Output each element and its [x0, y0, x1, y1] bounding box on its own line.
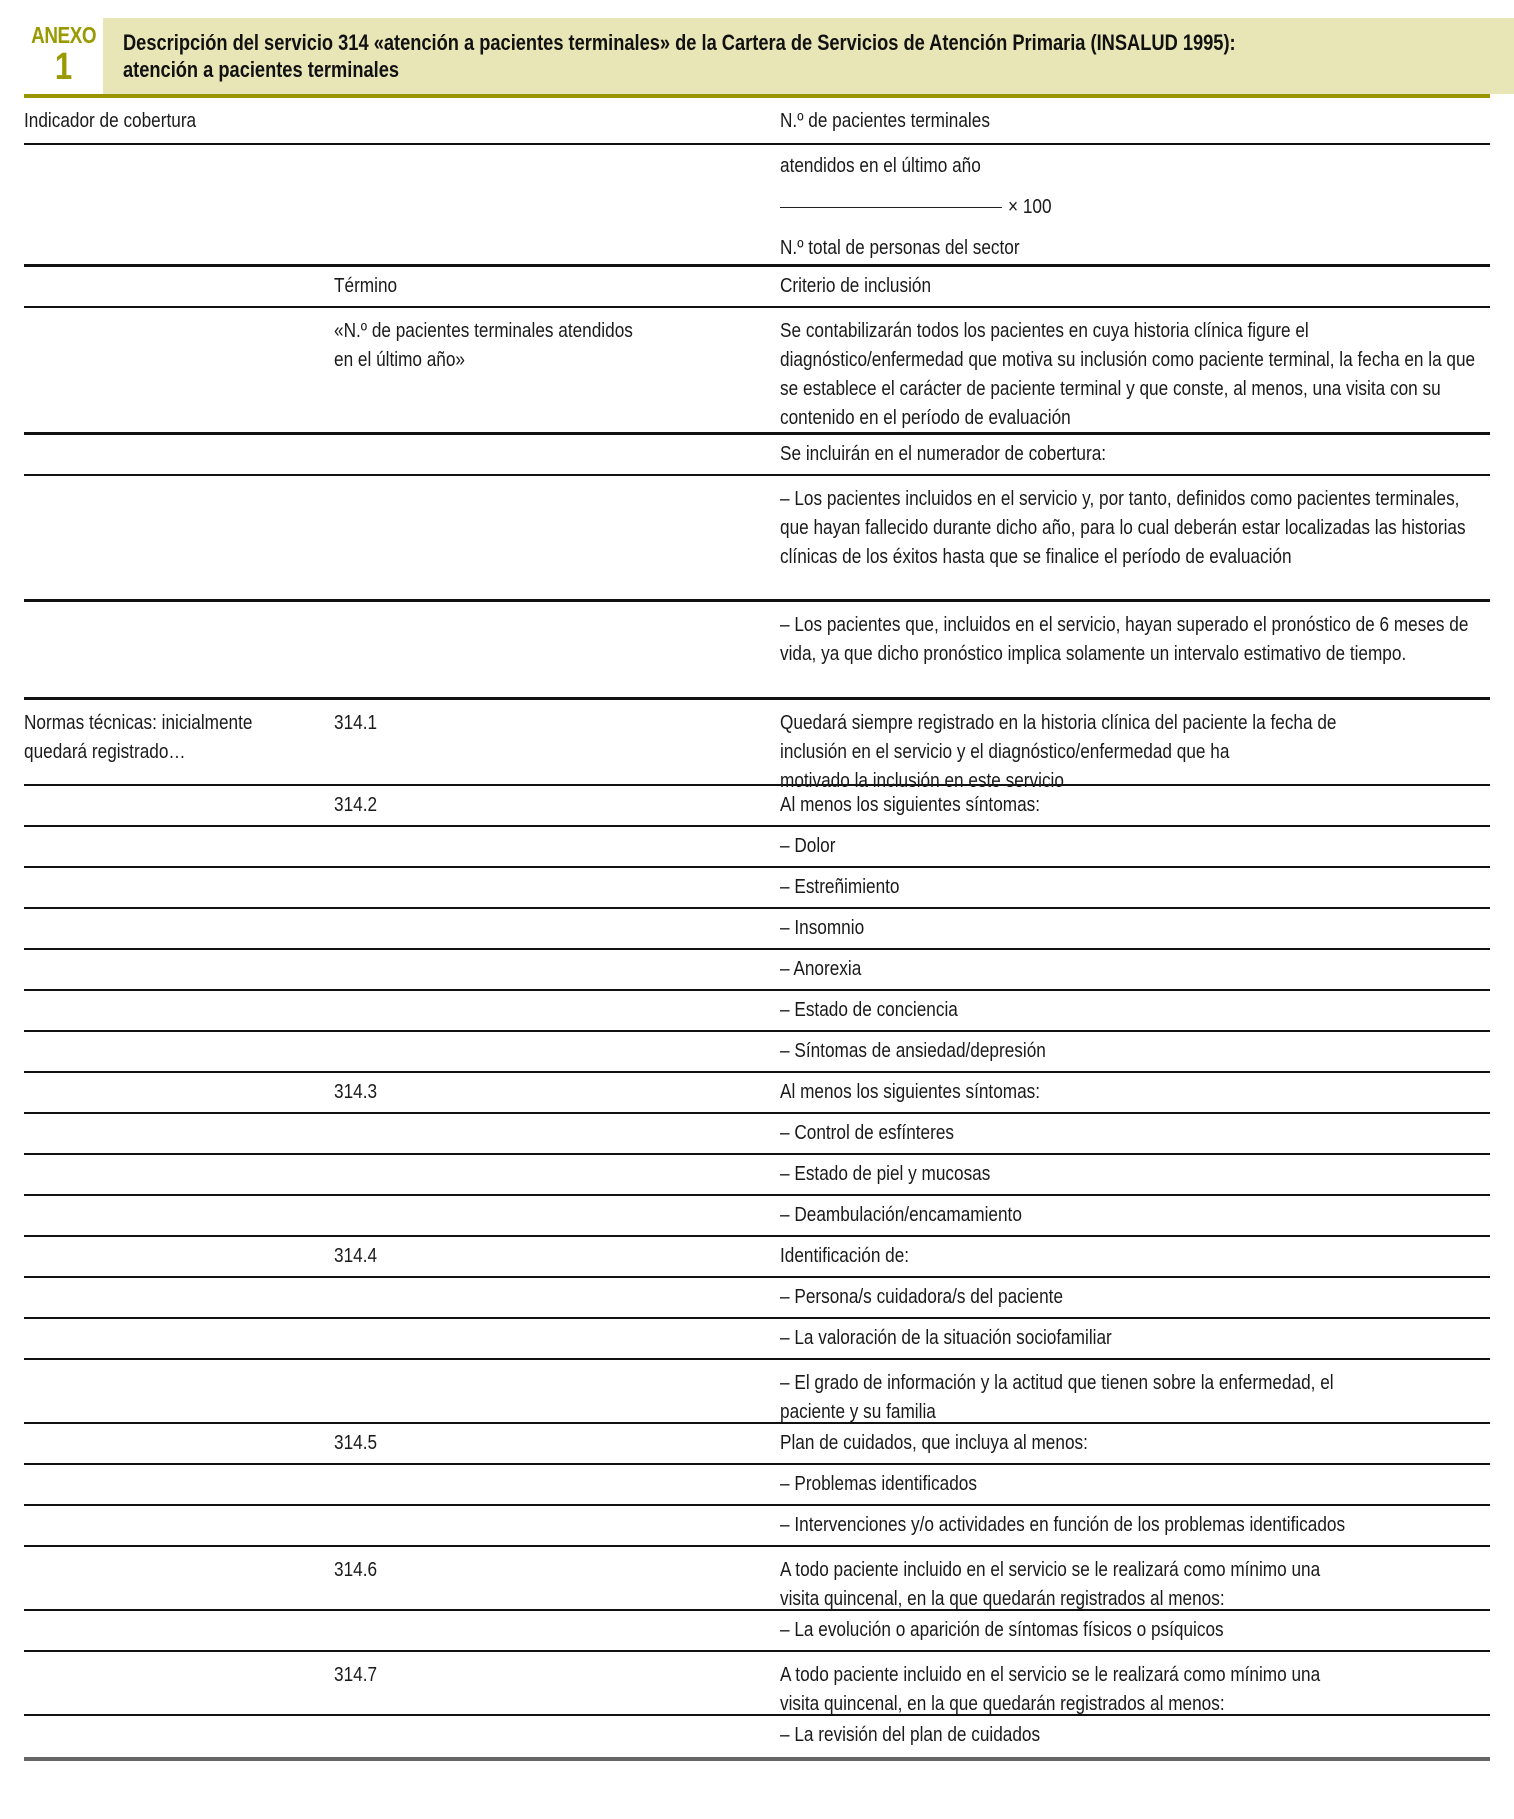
norm-item: – Deambulación/encamamiento — [780, 1201, 1488, 1230]
annex-word: ANEXO — [31, 22, 96, 48]
norm-item: – Estado de piel y mucosas — [780, 1160, 1488, 1189]
norm-row: – Insomnio — [24, 909, 1490, 950]
norm-row: – Intervenciones y/o actividades en func… — [24, 1506, 1490, 1547]
norm-item: – Insomnio — [780, 914, 1488, 943]
denominator: N.º total de personas del sector — [780, 228, 1488, 269]
norm-row: – El grado de información y la actitud q… — [24, 1360, 1490, 1424]
norm-row: 314.3Al menos los siguientes síntomas: — [24, 1073, 1490, 1114]
norm-code: 314.4 — [334, 1242, 779, 1271]
term-header: Término — [334, 272, 779, 301]
norm-row: 314.7A todo paciente incluido en el serv… — [24, 1652, 1490, 1716]
technical-norms: Normas técnicas: inicialmente quedará re… — [24, 700, 1490, 1757]
norm-text: Quedará siempre registrado en la histori… — [780, 709, 1488, 796]
norm-text: Plan de cuidados, que incluya al menos: — [780, 1429, 1488, 1458]
norm-item: – Intervenciones y/o actividades en func… — [780, 1511, 1488, 1540]
numerator-intro: Se incluirán en el numerador de cobertur… — [780, 440, 1488, 469]
term-row: «N.º de pacientes terminales atendidos e… — [24, 308, 1490, 435]
norm-row: – La valoración de la situación sociofam… — [24, 1319, 1490, 1360]
norm-row: – Deambulación/encamamiento — [24, 1196, 1490, 1237]
norm-code: 314.1 — [334, 709, 779, 738]
numerator-line-1: N.º de pacientes terminales — [780, 107, 1488, 136]
norm-row: – Problemas identificados — [24, 1465, 1490, 1506]
norm-row: 314.5Plan de cuidados, que incluya al me… — [24, 1424, 1490, 1465]
norm-item: – Dolor — [780, 832, 1488, 861]
fraction-line: × 100 — [780, 187, 1490, 228]
document-title: Descripción del servicio 314 «atención a… — [123, 29, 1476, 83]
norm-text: A todo paciente incluido en el servicio … — [780, 1556, 1488, 1614]
norm-item: – Síntomas de ansiedad/depresión — [780, 1037, 1488, 1066]
numerator-intro-row: Se incluirán en el numerador de cobertur… — [24, 435, 1490, 476]
criterion-header: Criterio de inclusión — [780, 272, 1488, 301]
norm-item: – Estreñimiento — [780, 873, 1488, 902]
annex-badge: ANEXO 1 — [24, 18, 103, 94]
table-bottom-rule — [24, 1757, 1490, 1761]
norm-item: – Anorexia — [780, 955, 1488, 984]
norm-text: Identificación de: — [780, 1242, 1488, 1271]
norm-code: 314.6 — [334, 1556, 779, 1585]
numerator-item: – Los pacientes que, incluidos en el ser… — [780, 611, 1488, 669]
norm-row: – Síntomas de ansiedad/depresión — [24, 1032, 1490, 1073]
norm-item: – La valoración de la situación sociofam… — [780, 1324, 1488, 1353]
norm-row: 314.4Identificación de: — [24, 1237, 1490, 1278]
norm-code: 314.7 — [334, 1661, 779, 1690]
norm-row: – Persona/s cuidadora/s del paciente — [24, 1278, 1490, 1319]
norm-row: – Control de esfínteres — [24, 1114, 1490, 1155]
term-header-row: Término Criterio de inclusión — [24, 267, 1490, 308]
numerator-item-row: – Los pacientes incluidos en el servicio… — [24, 476, 1490, 602]
norm-code: 314.3 — [334, 1078, 779, 1107]
indicator-formula: atendidos en el último año × 100 N.º tot… — [24, 145, 1490, 267]
norm-item: – Problemas identificados — [780, 1470, 1488, 1499]
numerator-item: – Los pacientes incluidos en el servicio… — [780, 485, 1488, 572]
criterion-text: Se contabilizarán todos los pacientes en… — [780, 317, 1488, 433]
norms-label: Normas técnicas: inicialmente quedará re… — [24, 709, 333, 767]
numerator-item-row: – Los pacientes que, incluidos en el ser… — [24, 602, 1490, 700]
norm-text: Al menos los siguientes síntomas: — [780, 1078, 1488, 1107]
title-box: Descripción del servicio 314 «atención a… — [103, 18, 1514, 94]
norm-row: 314.2Al menos los siguientes síntomas: — [24, 786, 1490, 827]
norm-text: A todo paciente incluido en el servicio … — [780, 1661, 1488, 1719]
indicator-label: Indicador de cobertura — [24, 107, 333, 136]
norm-row: – Estado de piel y mucosas — [24, 1155, 1490, 1196]
multiplier: × 100 — [1008, 187, 1422, 228]
norm-row: – Anorexia — [24, 950, 1490, 991]
annex-number: 1 — [55, 48, 72, 86]
norm-row: – La evolución o aparición de síntomas f… — [24, 1611, 1490, 1652]
norm-code: 314.2 — [334, 791, 779, 820]
norm-row: Normas técnicas: inicialmente quedará re… — [24, 700, 1490, 786]
norm-row: – Estado de conciencia — [24, 991, 1490, 1032]
fraction-bar — [780, 207, 1002, 208]
norm-item: – Estado de conciencia — [780, 996, 1488, 1025]
norm-item: – La revisión del plan de cuidados — [780, 1721, 1488, 1750]
norm-item: – Persona/s cuidadora/s del paciente — [780, 1283, 1488, 1312]
norm-row: – Dolor — [24, 827, 1490, 868]
numerator-line-2: atendidos en el último año — [780, 146, 1488, 187]
term-text: «N.º de pacientes terminales atendidos e… — [334, 317, 779, 375]
norm-code: 314.5 — [334, 1429, 779, 1458]
norm-item: – El grado de información y la actitud q… — [780, 1369, 1488, 1427]
norm-row: – Estreñimiento — [24, 868, 1490, 909]
service-table: Indicador de cobertura N.º de pacientes … — [24, 98, 1490, 1757]
norm-text: Al menos los siguientes síntomas: — [780, 791, 1488, 820]
norm-item: – Control de esfínteres — [780, 1119, 1488, 1148]
annex-header: ANEXO 1 Descripción del servicio 314 «at… — [24, 18, 1490, 94]
norm-item: – La evolución o aparición de síntomas f… — [780, 1616, 1488, 1645]
norm-row: – La revisión del plan de cuidados — [24, 1716, 1490, 1757]
indicator-row: Indicador de cobertura N.º de pacientes … — [24, 98, 1490, 145]
norm-row: 314.6A todo paciente incluido en el serv… — [24, 1547, 1490, 1611]
